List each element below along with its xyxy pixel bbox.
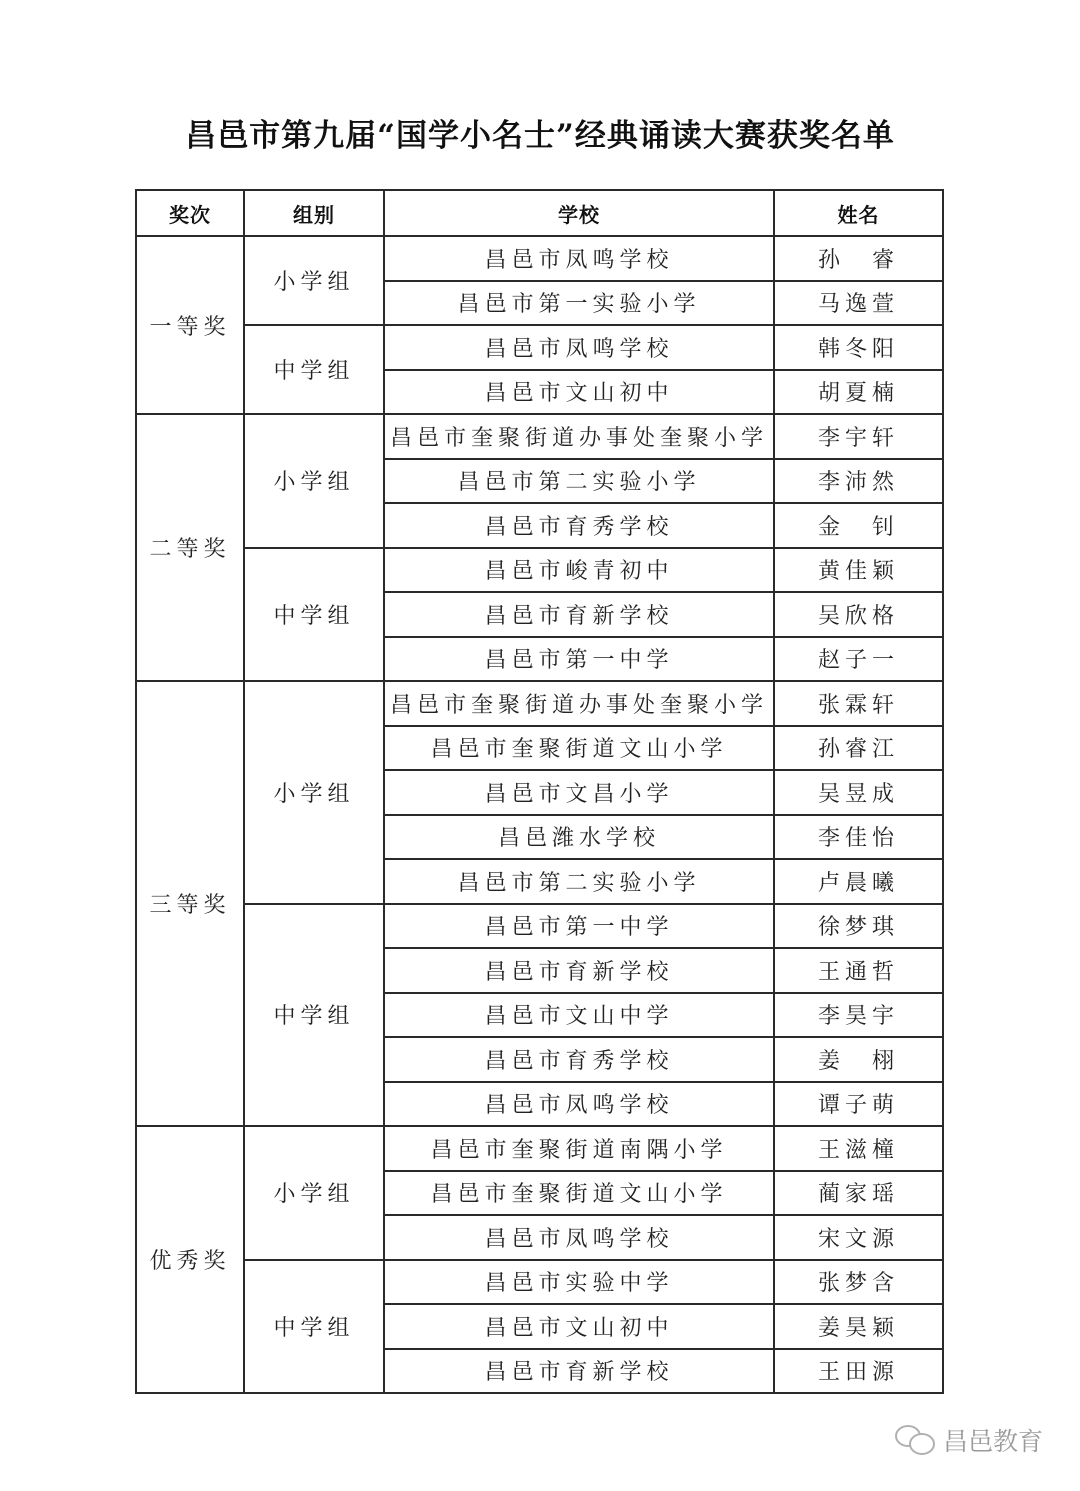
student-name-cell: 胡夏楠 [774,370,943,415]
award-level-cell: 三等奖 [136,681,244,1126]
student-name-cell: 卢晨曦 [774,859,943,904]
student-name-cell: 蔺家瑶 [774,1171,943,1216]
student-name-cell: 张梦含 [774,1260,943,1305]
table-row: 三等奖小学组昌邑市奎聚街道办事处奎聚小学张霖轩 [136,681,943,726]
school-cell: 昌邑市育秀学校 [384,503,774,548]
student-name-cell: 姜昊颖 [774,1304,943,1349]
student-name-cell: 王滋橦 [774,1126,943,1171]
group-cell: 小学组 [244,236,384,325]
student-name-cell: 吴昱成 [774,770,943,815]
student-name-cell: 张霖轩 [774,681,943,726]
student-name-cell: 李沛然 [774,459,943,504]
student-name-cell: 王田源 [774,1349,943,1394]
award-level-cell: 二等奖 [136,414,244,681]
table-row: 优秀奖小学组昌邑市奎聚街道南隅小学王滋橦 [136,1126,943,1171]
table-header-row: 奖次 组别 学校 姓名 [136,190,943,236]
school-cell: 昌邑市文山初中 [384,370,774,415]
award-table: 奖次 组别 学校 姓名 一等奖小学组昌邑市凤鸣学校孙 睿昌邑市第一实验小学马逸萱… [135,189,944,1394]
table-row: 一等奖小学组昌邑市凤鸣学校孙 睿 [136,236,943,281]
school-cell: 昌邑市第一实验小学 [384,281,774,326]
group-cell: 小学组 [244,681,384,904]
student-name-cell: 吴欣格 [774,592,943,637]
school-cell: 昌邑市凤鸣学校 [384,1082,774,1127]
student-name-cell: 金 钊 [774,503,943,548]
watermark-text: 昌邑教育 [943,1422,1043,1458]
student-name-cell: 宋文源 [774,1215,943,1260]
group-cell: 中学组 [244,548,384,682]
student-name-cell: 孙睿江 [774,726,943,771]
table-row: 二等奖小学组昌邑市奎聚街道办事处奎聚小学李宇轩 [136,414,943,459]
student-name-cell: 黄佳颖 [774,548,943,593]
table-row: 中学组昌邑市第一中学徐梦琪 [136,904,943,949]
school-cell: 昌邑市育新学校 [384,1349,774,1394]
school-cell: 昌邑市育新学校 [384,592,774,637]
school-cell: 昌邑市奎聚街道南隅小学 [384,1126,774,1171]
header-award: 奖次 [136,190,244,236]
school-cell: 昌邑市奎聚街道文山小学 [384,1171,774,1216]
school-cell: 昌邑潍水学校 [384,815,774,860]
table-row: 中学组昌邑市峻青初中黄佳颖 [136,548,943,593]
group-cell: 小学组 [244,1126,384,1260]
table-body: 一等奖小学组昌邑市凤鸣学校孙 睿昌邑市第一实验小学马逸萱中学组昌邑市凤鸣学校韩冬… [136,236,943,1393]
school-cell: 昌邑市第一中学 [384,637,774,682]
school-cell: 昌邑市实验中学 [384,1260,774,1305]
student-name-cell: 韩冬阳 [774,325,943,370]
school-cell: 昌邑市文山初中 [384,1304,774,1349]
school-cell: 昌邑市第一中学 [384,904,774,949]
school-cell: 昌邑市文昌小学 [384,770,774,815]
school-cell: 昌邑市奎聚街道办事处奎聚小学 [384,681,774,726]
student-name-cell: 徐梦琪 [774,904,943,949]
school-cell: 昌邑市奎聚街道办事处奎聚小学 [384,414,774,459]
student-name-cell: 李佳怡 [774,815,943,860]
group-cell: 小学组 [244,414,384,548]
school-cell: 昌邑市凤鸣学校 [384,325,774,370]
table-row: 中学组昌邑市实验中学张梦含 [136,1260,943,1305]
wechat-icon [895,1425,935,1455]
group-cell: 中学组 [244,325,384,414]
school-cell: 昌邑市第二实验小学 [384,459,774,504]
student-name-cell: 赵子一 [774,637,943,682]
student-name-cell: 李昊宇 [774,993,943,1038]
award-level-cell: 一等奖 [136,236,244,414]
school-cell: 昌邑市凤鸣学校 [384,1215,774,1260]
school-cell: 昌邑市育秀学校 [384,1037,774,1082]
school-cell: 昌邑市文山中学 [384,993,774,1038]
student-name-cell: 孙 睿 [774,236,943,281]
school-cell: 昌邑市凤鸣学校 [384,236,774,281]
student-name-cell: 姜 栩 [774,1037,943,1082]
student-name-cell: 李宇轩 [774,414,943,459]
student-name-cell: 王通哲 [774,948,943,993]
group-cell: 中学组 [244,904,384,1127]
header-group: 组别 [244,190,384,236]
student-name-cell: 马逸萱 [774,281,943,326]
school-cell: 昌邑市育新学校 [384,948,774,993]
school-cell: 昌邑市峻青初中 [384,548,774,593]
student-name-cell: 谭子萌 [774,1082,943,1127]
school-cell: 昌邑市奎聚街道文山小学 [384,726,774,771]
page-title: 昌邑市第九届“国学小名士”经典诵读大赛获奖名单 [0,110,1080,155]
group-cell: 中学组 [244,1260,384,1394]
header-name: 姓名 [774,190,943,236]
award-level-cell: 优秀奖 [136,1126,244,1393]
school-cell: 昌邑市第二实验小学 [384,859,774,904]
header-school: 学校 [384,190,774,236]
table-row: 中学组昌邑市凤鸣学校韩冬阳 [136,325,943,370]
watermark: 昌邑教育 [895,1422,1043,1458]
